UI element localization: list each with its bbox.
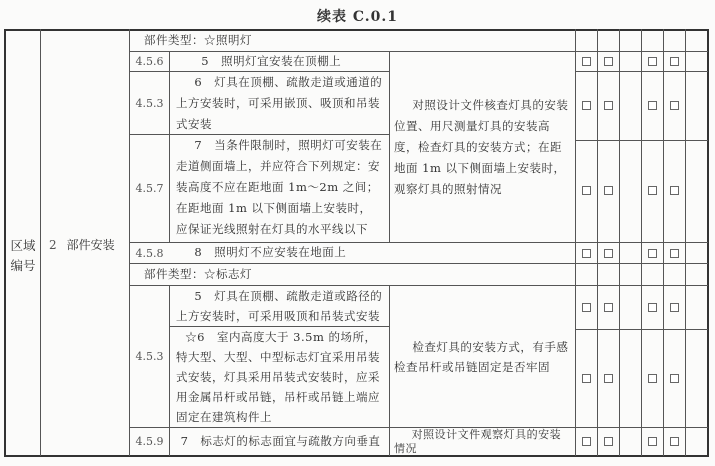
table-border-right xyxy=(707,29,709,457)
result-checkbox[interactable] xyxy=(604,101,613,110)
requirement-text: 7 当条件限制时，照明灯可安装在走道侧面墙上，并应符合下列规定：安装高度不应在距… xyxy=(170,135,389,242)
category-header: 部件类型：☆照明灯 xyxy=(130,30,570,51)
result-checkbox[interactable] xyxy=(670,57,679,66)
result-checkbox[interactable] xyxy=(582,186,591,195)
requirement-text: 5 灯具在顶棚、疏散走道或路径的上方安装时，可采用吸顶和吊装式安装 xyxy=(170,286,389,326)
step-name: 部件安装 xyxy=(67,238,115,252)
result-checkbox[interactable] xyxy=(604,303,613,312)
result-checkbox[interactable] xyxy=(648,303,657,312)
table-title: 续表 C.0.1 xyxy=(0,6,715,26)
step-label: 2部件安装 xyxy=(41,235,129,256)
result-checkbox[interactable] xyxy=(670,186,679,195)
result-checkbox[interactable] xyxy=(648,101,657,110)
requirement-text: 8 照明灯不应安装在地面上 xyxy=(170,242,389,263)
requirement-text: 5 照明灯宜安装在顶棚上 xyxy=(170,51,389,71)
table-border-bottom xyxy=(4,455,708,457)
step-number: 2 xyxy=(49,238,57,252)
row-divider xyxy=(575,71,708,72)
clause-code: 4.5.3 xyxy=(130,286,169,427)
result-checkbox[interactable] xyxy=(648,249,657,258)
requirement-text: 6 灯具在顶棚、疏散走道或通道的上方安装时，可采用嵌顶、吸顶和吊装式安装 xyxy=(170,72,389,134)
result-checkbox[interactable] xyxy=(670,374,679,383)
result-checkbox[interactable] xyxy=(582,57,591,66)
row-divider xyxy=(575,329,708,330)
result-checkbox[interactable] xyxy=(648,374,657,383)
result-checkbox[interactable] xyxy=(648,186,657,195)
result-checkbox[interactable] xyxy=(670,101,679,110)
result-checkbox[interactable] xyxy=(670,437,679,446)
result-checkbox[interactable] xyxy=(648,57,657,66)
result-checkbox[interactable] xyxy=(582,249,591,258)
result-checkbox[interactable] xyxy=(582,437,591,446)
clause-code: 4.5.8 xyxy=(130,243,169,263)
result-checkbox[interactable] xyxy=(670,249,679,258)
requirement-text: 7 标志灯的标志面宜与疏散方向垂直 xyxy=(170,428,389,455)
result-checkbox[interactable] xyxy=(670,303,679,312)
result-checkbox[interactable] xyxy=(604,57,613,66)
result-checkbox[interactable] xyxy=(604,374,613,383)
clause-code: 4.5.9 xyxy=(130,428,169,455)
result-checkbox[interactable] xyxy=(604,249,613,258)
requirement-text: ☆6 室内高度大于 3.5m 的场所，特大型、大型、中型标志灯宜采用吊装式安装，… xyxy=(170,327,389,427)
clause-code: 4.5.7 xyxy=(130,135,169,242)
result-checkbox[interactable] xyxy=(604,437,613,446)
clause-code: 4.5.6 xyxy=(130,52,169,71)
row-divider xyxy=(575,140,708,141)
inspection-method: 对照设计文件核查灯具的安装位置、用尺测量灯具的安装高度，检查灯具的安装方式；在距… xyxy=(390,52,575,242)
category-header: 部件类型：☆标志灯 xyxy=(130,264,570,285)
clause-code: 4.5.3 xyxy=(130,72,169,134)
region-label-line2: 编号 xyxy=(6,256,40,276)
result-checkbox[interactable] xyxy=(582,101,591,110)
inspection-method: 对照设计文件观察灯具的安装情况 xyxy=(390,428,575,455)
row-divider xyxy=(575,263,708,264)
region-label-line1: 区域 xyxy=(6,236,40,256)
inspection-method: 检查灯具的安装方式，有手感检查吊杆或吊链固定是否牢固 xyxy=(390,286,575,427)
result-checkbox[interactable] xyxy=(604,186,613,195)
result-checkbox[interactable] xyxy=(582,374,591,383)
result-checkbox[interactable] xyxy=(648,437,657,446)
region-label: 区域 编号 xyxy=(6,236,40,276)
result-checkbox[interactable] xyxy=(582,303,591,312)
